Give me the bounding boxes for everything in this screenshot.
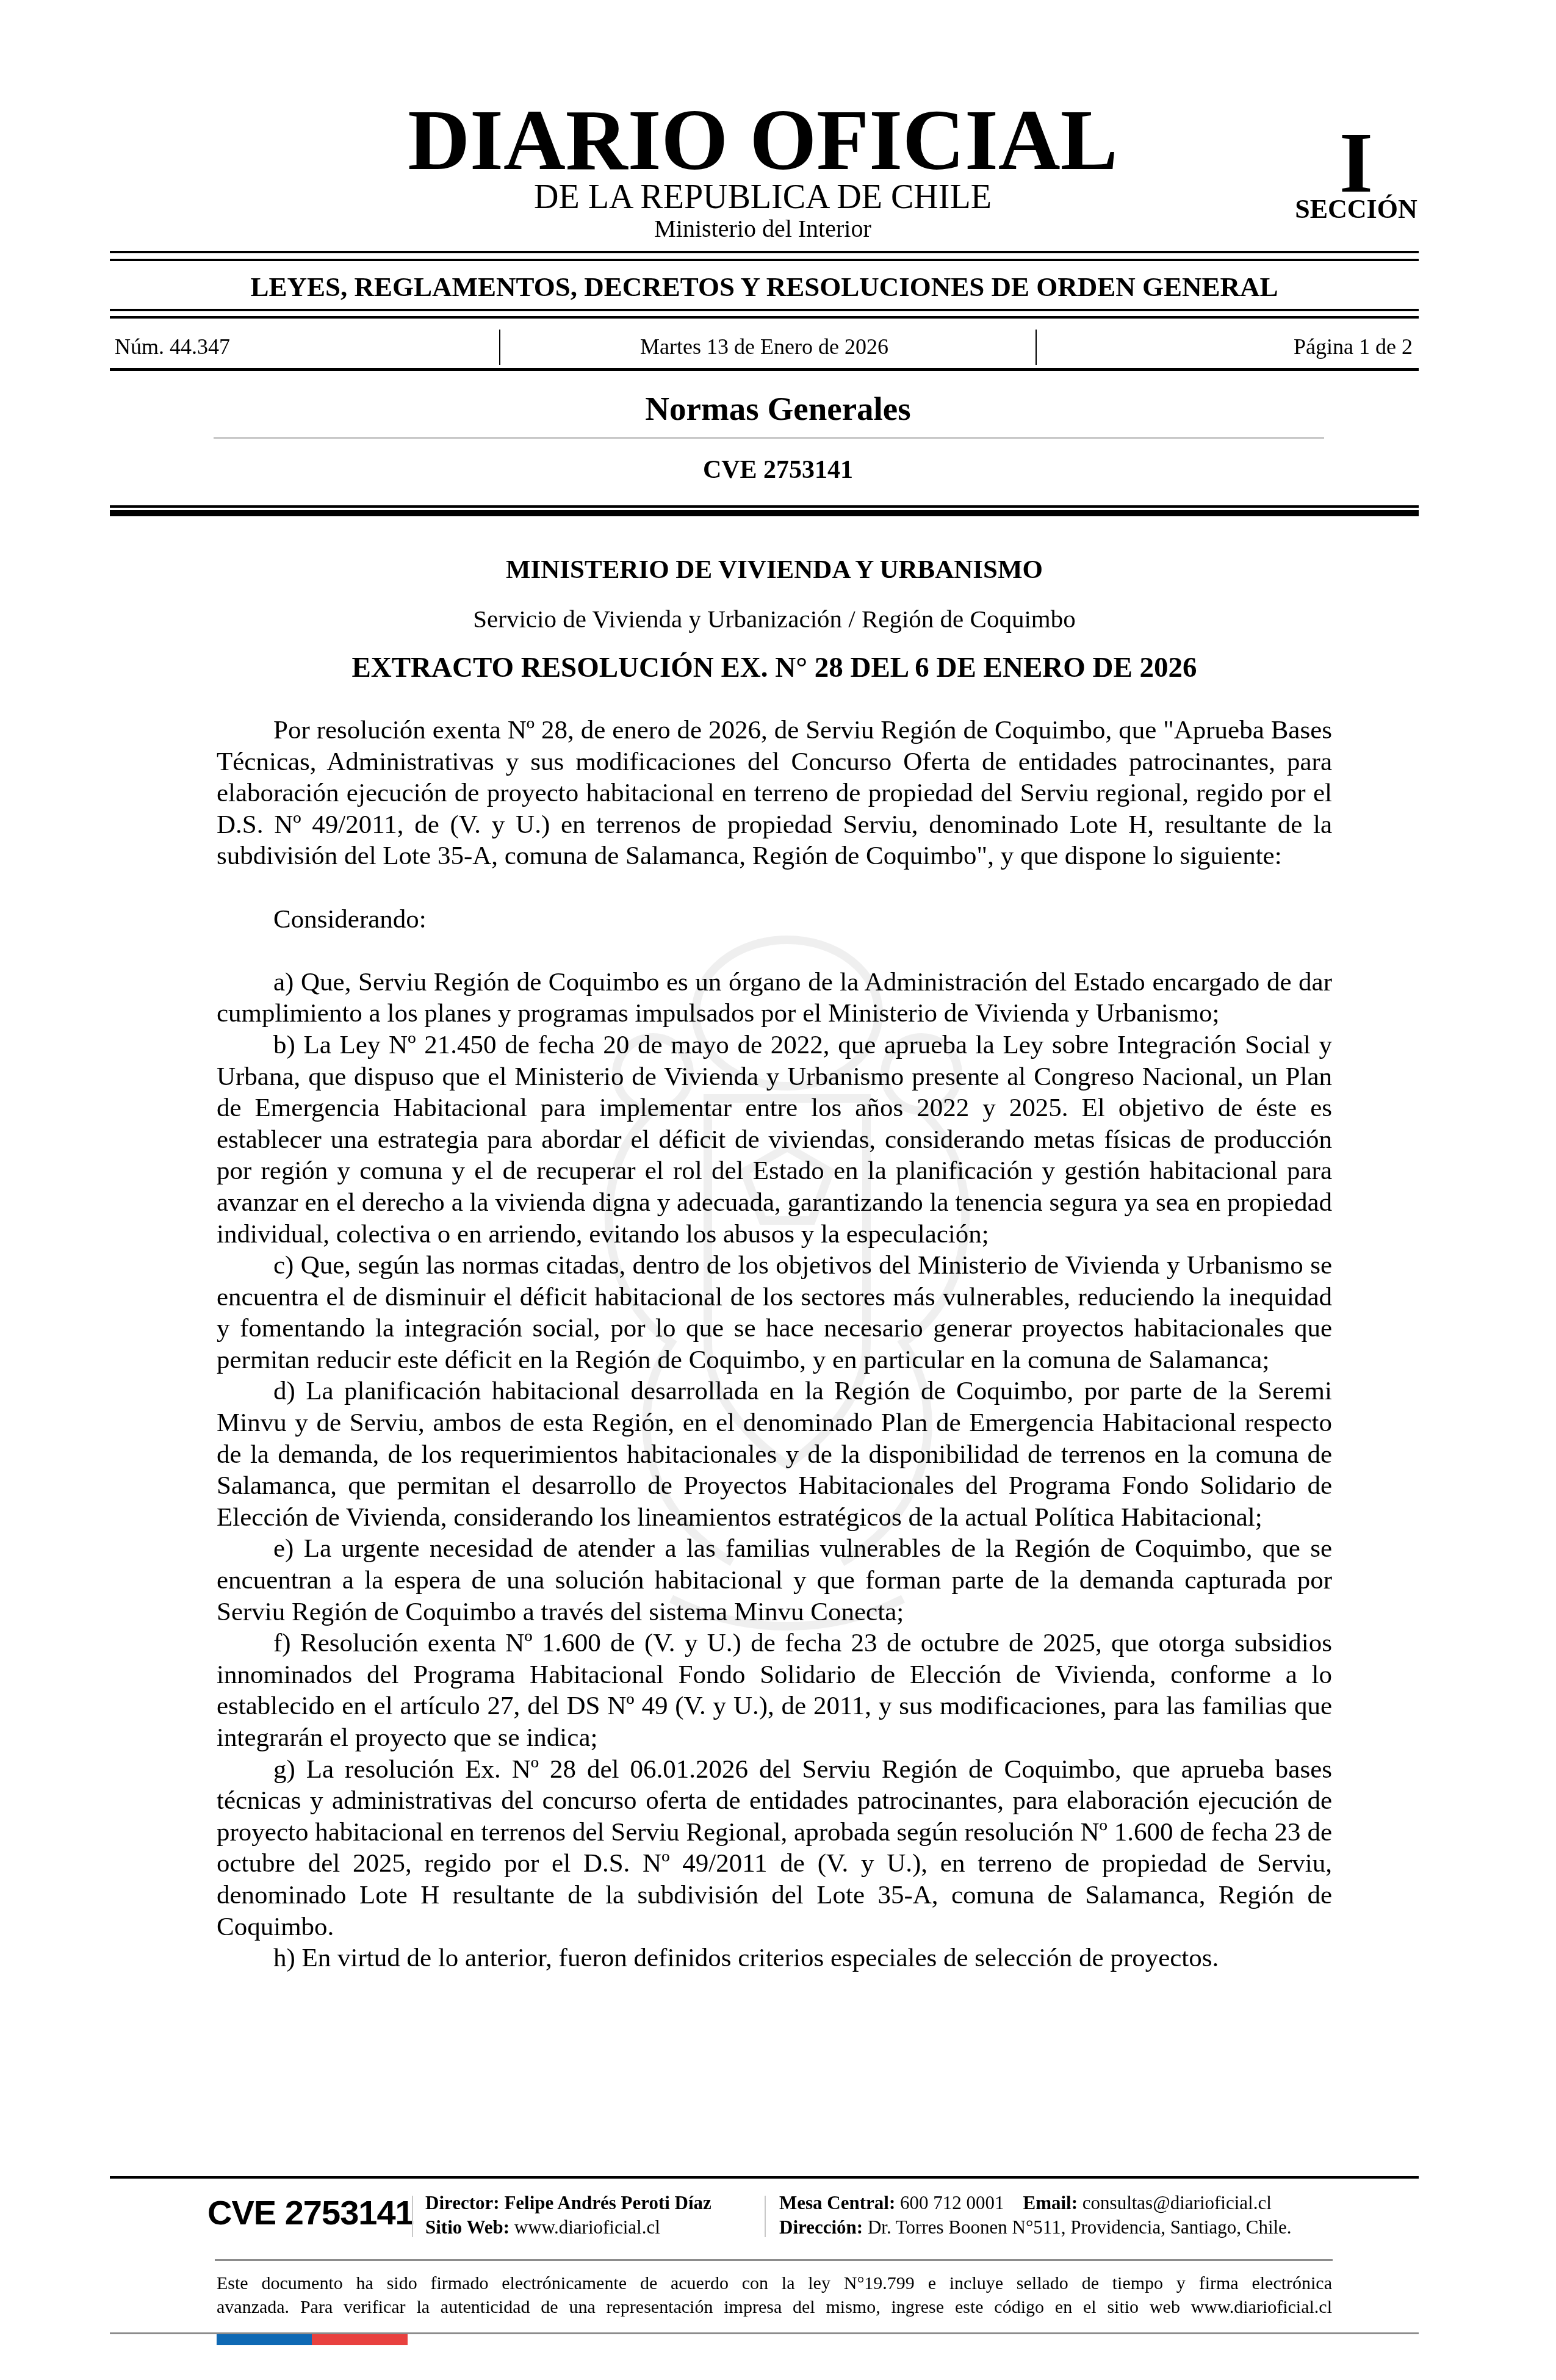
intro-paragraph: Por resolución exenta Nº 28, de enero de… xyxy=(217,715,1332,872)
page-indicator: Página 1 de 2 xyxy=(1294,333,1413,361)
considerando-item-a: a) Que, Serviu Región de Coquimbo es un … xyxy=(217,967,1332,1030)
considerando-item-e: e) La urgente necesidad de atender a las… xyxy=(217,1533,1332,1628)
footer-cve-code: CVE 2753141 xyxy=(207,2194,414,2231)
considerando-item-h: h) En virtud de lo anterior, fueron defi… xyxy=(217,1942,1332,1974)
director-name: Felipe Andrés Peroti Díaz xyxy=(504,2192,711,2213)
footer-disclaimer: Este documento ha sido firmado electróni… xyxy=(217,2271,1332,2319)
email-link[interactable]: consultas@diarioficial.cl xyxy=(1082,2192,1272,2213)
footer-contact-block: Mesa Central: 600 712 0001 Email: consul… xyxy=(779,2191,1292,2240)
footer-rule-mid xyxy=(215,2259,1333,2261)
info-separator-2 xyxy=(1036,330,1037,365)
website-label: Sitio Web: xyxy=(425,2216,510,2238)
issue-info-row: Núm. 44.347 Martes 13 de Enero de 2026 P… xyxy=(110,333,1419,363)
category-title: Normas Generales xyxy=(0,389,1556,428)
section-number: I xyxy=(1294,120,1419,205)
rule-info xyxy=(110,368,1419,371)
rule-masthead-1 xyxy=(110,251,1419,253)
rule-header-end-thin xyxy=(110,505,1419,508)
considerando-item-c: c) Que, según las normas citadas, dentro… xyxy=(217,1250,1332,1376)
document-body: Por resolución exenta Nº 28, de enero de… xyxy=(217,715,1332,1974)
category-underline xyxy=(214,437,1324,439)
considerando-item-g: g) La resolución Ex. Nº 28 del 06.01.202… xyxy=(217,1754,1332,1943)
flag-stripe-red xyxy=(312,2334,408,2345)
email-label: Email: xyxy=(1023,2192,1078,2213)
rule-banner-2 xyxy=(110,316,1419,319)
issue-date: Martes 13 de Enero de 2026 xyxy=(110,333,1419,361)
document-service: Servicio de Vivienda y Urbanización / Re… xyxy=(217,603,1332,635)
cve-code: CVE 2753141 xyxy=(0,455,1556,485)
section-banner: LEYES, REGLAMENTOS, DECRETOS Y RESOLUCIO… xyxy=(110,270,1419,304)
disclaimer-line-1: Este documento ha sido firmado electróni… xyxy=(217,2271,1332,2295)
flag-stripe-blue xyxy=(217,2334,312,2345)
address-value: Dr. Torres Boonen N°511, Providencia, Sa… xyxy=(868,2216,1292,2238)
footer-separator-1 xyxy=(412,2196,413,2237)
considerando-item-d: d) La planificación habitacional desarro… xyxy=(217,1376,1332,1533)
phone-label: Mesa Central: xyxy=(779,2192,895,2213)
rule-header-end-thick xyxy=(110,510,1419,516)
director-label: Director: xyxy=(425,2192,500,2213)
disclaimer-line-2: avanzada. Para verificar la autenticidad… xyxy=(217,2295,1332,2319)
considerando-item-f: f) Resolución exenta Nº 1.600 de (V. y U… xyxy=(217,1628,1332,1753)
document-ministry: MINISTERIO DE VIVIENDA Y URBANISMO xyxy=(217,554,1332,586)
rule-banner-1 xyxy=(110,309,1419,311)
considerando-label: Considerando: xyxy=(217,904,1332,936)
footer-rule-top xyxy=(110,2176,1419,2179)
website-link[interactable]: www.diarioficial.cl xyxy=(514,2216,660,2238)
rule-masthead-2 xyxy=(110,259,1419,261)
address-label: Dirección: xyxy=(779,2216,863,2238)
document-title: EXTRACTO RESOLUCIÓN EX. N° 28 DEL 6 DE E… xyxy=(217,651,1332,685)
footer-separator-2 xyxy=(765,2196,766,2237)
info-separator-1 xyxy=(499,330,500,365)
footer-director-block: Director: Felipe Andrés Peroti Díaz Siti… xyxy=(425,2191,711,2240)
section-label: SECCIÓN xyxy=(1288,194,1425,225)
phone-value: 600 712 0001 xyxy=(900,2192,1004,2213)
considerando-item-b: b) La Ley Nº 21.450 de fecha 20 de mayo … xyxy=(217,1030,1332,1250)
